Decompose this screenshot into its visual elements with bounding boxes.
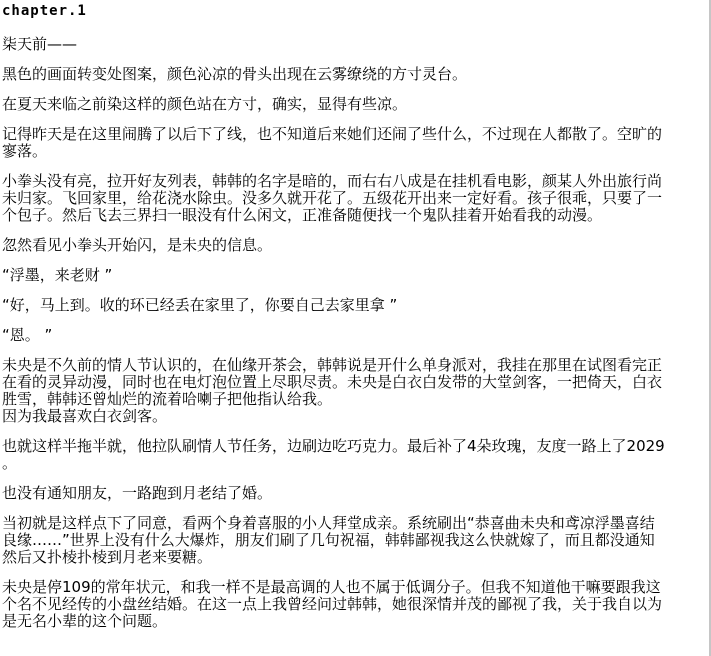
paragraph: “好，马上到。收的环已经丢在家里了，你要自己去家里拿 ”: [2, 297, 711, 314]
text-line: 记得昨天是在这里闹腾了以后下了线，也不知道后来她们还闹了些什么，不过现在人都散了…: [2, 126, 711, 143]
text-line: 也没有通知朋友，一路跑到月老结了婚。: [2, 485, 711, 502]
text-line: 未央是不久前的情人节认识的，在仙缘开茶会，韩韩说是开什么单身派对，我挂在那里在试…: [2, 357, 711, 374]
text-line: 个名不见经传的小盘丝结婚。在这一点上我曾经问过韩韩，她很深情并茂的鄙视了我，关于…: [2, 596, 711, 613]
paragraph: 小拳头没有亮，拉开好友列表，韩韩的名字是暗的，而右右八成是在挂机看电影，颜某人外…: [2, 173, 711, 224]
paragraph: “恩。 ”: [2, 327, 711, 344]
paragraph: 黑色的画面转变处图案，颜色沁凉的骨头出现在云雾缭绕的方寸灵台。: [2, 66, 711, 83]
text-line: 黑色的画面转变处图案，颜色沁凉的骨头出现在云雾缭绕的方寸灵台。: [2, 66, 711, 83]
paragraph: 柒天前——: [2, 36, 711, 53]
text-line: 寥落。: [2, 143, 711, 160]
text-line: 忽然看见小拳头开始闪，是未央的信息。: [2, 237, 711, 254]
text-line: 然后又扑棱扑棱到月老来要糖。: [2, 549, 711, 566]
text-line: 在夏天来临之前染这样的颜色站在方寸，确实，显得有些凉。: [2, 96, 711, 113]
text-line: 因为我最喜欢白衣剑客。: [2, 408, 711, 425]
paragraph: 忽然看见小拳头开始闪，是未央的信息。: [2, 237, 711, 254]
text-line: 是无名小辈的这个问题。: [2, 613, 711, 630]
paragraph: 在夏天来临之前染这样的颜色站在方寸，确实，显得有些凉。: [2, 96, 711, 113]
text-line: 当初就是这样点下了同意，看两个身着喜服的小人拜堂成亲。系统刷出“恭喜曲未央和鸢凉…: [2, 515, 711, 532]
text-line: 。: [2, 455, 711, 472]
text-line: 未央是停109的常年状元，和我一样不是最高调的人也不属于低调分子。但我不知道他干…: [2, 579, 711, 596]
page: chapter.1 柒天前——黑色的画面转变处图案，颜色沁凉的骨头出现在云雾缭绕…: [0, 0, 711, 656]
text-line: 良缘……”世界上没有什么大爆炸，朋友们刷了几句祝福，韩韩鄙视我这么快就嫁了，而且…: [2, 532, 711, 549]
text-line: 也就这样半拖半就，他拉队刷情人节任务，边刷边吃巧克力。最后补了4朵玫瑰，友度一路…: [2, 438, 711, 455]
text-line: 小拳头没有亮，拉开好友列表，韩韩的名字是暗的，而右右八成是在挂机看电影，颜某人外…: [2, 173, 711, 190]
text-line: “浮墨，来老财 ”: [2, 267, 711, 284]
paragraph: 未央是停109的常年状元，和我一样不是最高调的人也不属于低调分子。但我不知道他干…: [2, 579, 711, 630]
paragraph: 当初就是这样点下了同意，看两个身着喜服的小人拜堂成亲。系统刷出“恭喜曲未央和鸢凉…: [2, 515, 711, 566]
text-line: 个包子。然后飞去三界扫一眼没有什么闲文，正准备随便找一个鬼队挂着开始看我的动漫。: [2, 207, 711, 224]
text-line: 在看的灵异动漫，同时也在电灯泡位置上尽职尽责。未央是白衣白发带的大堂剑客，一把倚…: [2, 374, 711, 391]
paragraph: 未央是不久前的情人节认识的，在仙缘开茶会，韩韩说是开什么单身派对，我挂在那里在试…: [2, 357, 711, 425]
paragraph: “浮墨，来老财 ”: [2, 267, 711, 284]
chapter-title: chapter.1: [2, 3, 711, 20]
text-line: 未归家。飞回家里，给花浇水除虫。没多久就开花了。五级花开出来一定好看。孩子很乖，…: [2, 190, 711, 207]
text-line: “好，马上到。收的环已经丢在家里了，你要自己去家里拿 ”: [2, 297, 711, 314]
paragraph: 也没有通知朋友，一路跑到月老结了婚。: [2, 485, 711, 502]
paragraph: 记得昨天是在这里闹腾了以后下了线，也不知道后来她们还闹了些什么，不过现在人都散了…: [2, 126, 711, 160]
text-line: 柒天前——: [2, 36, 711, 53]
chapter-body: 柒天前——黑色的画面转变处图案，颜色沁凉的骨头出现在云雾缭绕的方寸灵台。在夏天来…: [2, 36, 711, 630]
text-line: “恩。 ”: [2, 327, 711, 344]
paragraph: 也就这样半拖半就，他拉队刷情人节任务，边刷边吃巧克力。最后补了4朵玫瑰，友度一路…: [2, 438, 711, 472]
text-line: 胜雪，韩韩还曾灿烂的流着哈喇子把他指认给我。: [2, 391, 711, 408]
